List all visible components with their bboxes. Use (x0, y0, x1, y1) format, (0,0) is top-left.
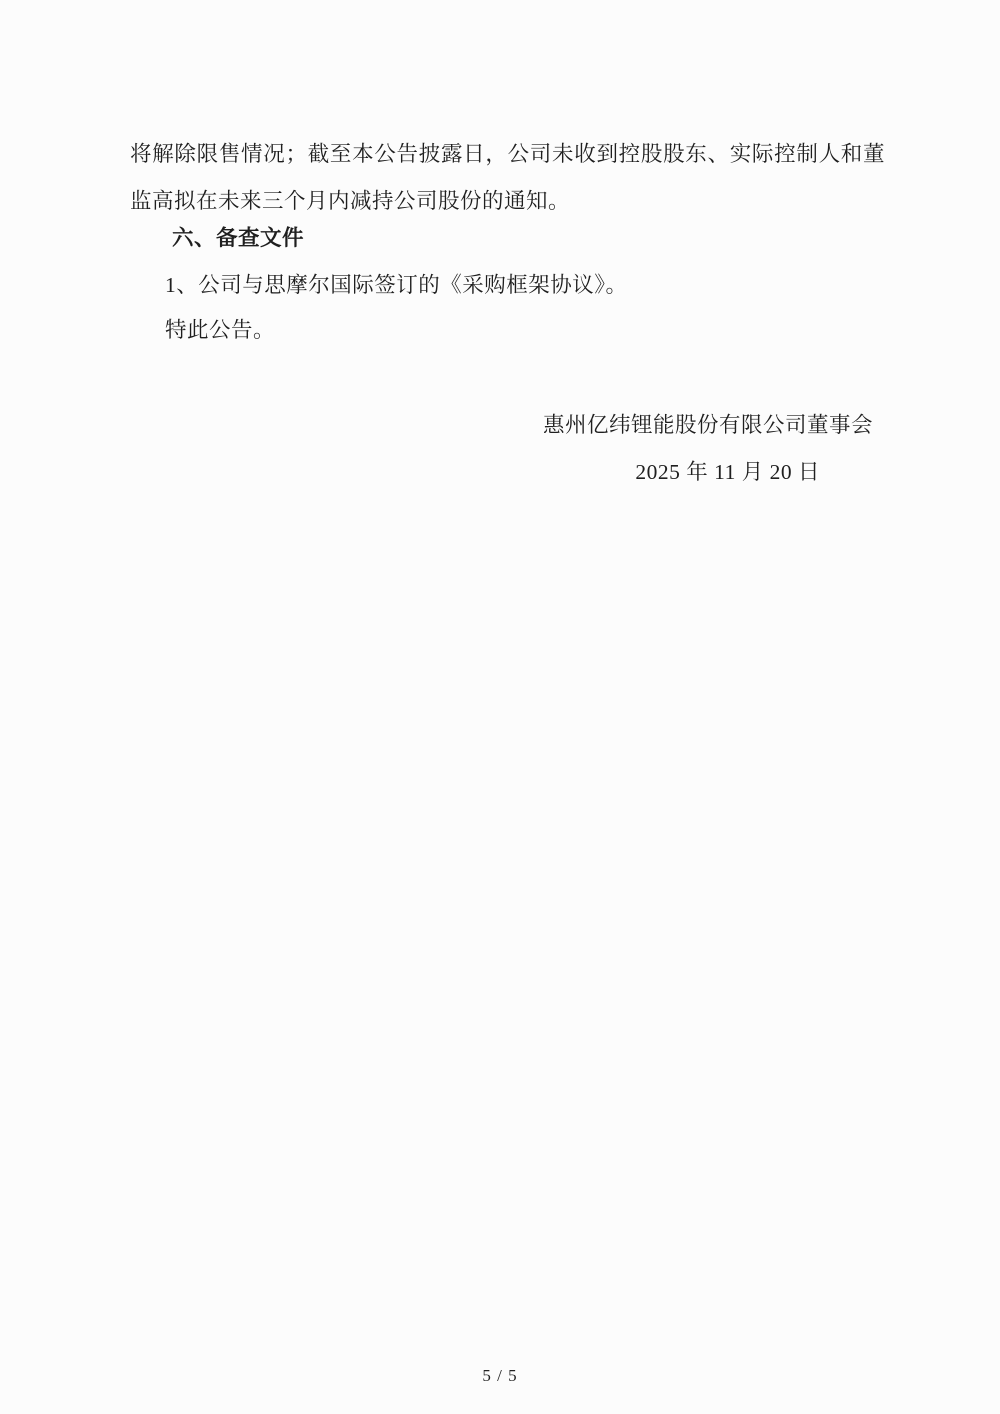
board-signature: 惠州亿纬锂能股份有限公司董事会 (543, 402, 873, 449)
signature-block: 惠州亿纬锂能股份有限公司董事会 2025 年 11 月 20 日 (543, 402, 873, 496)
closing-statement: 特此公告。 (165, 307, 275, 354)
page-number: 5 / 5 (0, 1364, 1000, 1388)
section-heading-documents-for-reference: 六、备查文件 (172, 215, 304, 262)
reference-document-item: 1、公司与思摩尔国际签订的《采购框架协议》。 (165, 262, 628, 309)
document-page: 将解除限售情况；截至本公告披露日，公司未收到控股股东、实际控制人和董监高拟在未来… (0, 0, 1000, 1414)
body-paragraph: 将解除限售情况；截至本公告披露日，公司未收到控股股东、实际控制人和董监高拟在未来… (130, 131, 885, 225)
announcement-date: 2025 年 11 月 20 日 (543, 449, 873, 496)
